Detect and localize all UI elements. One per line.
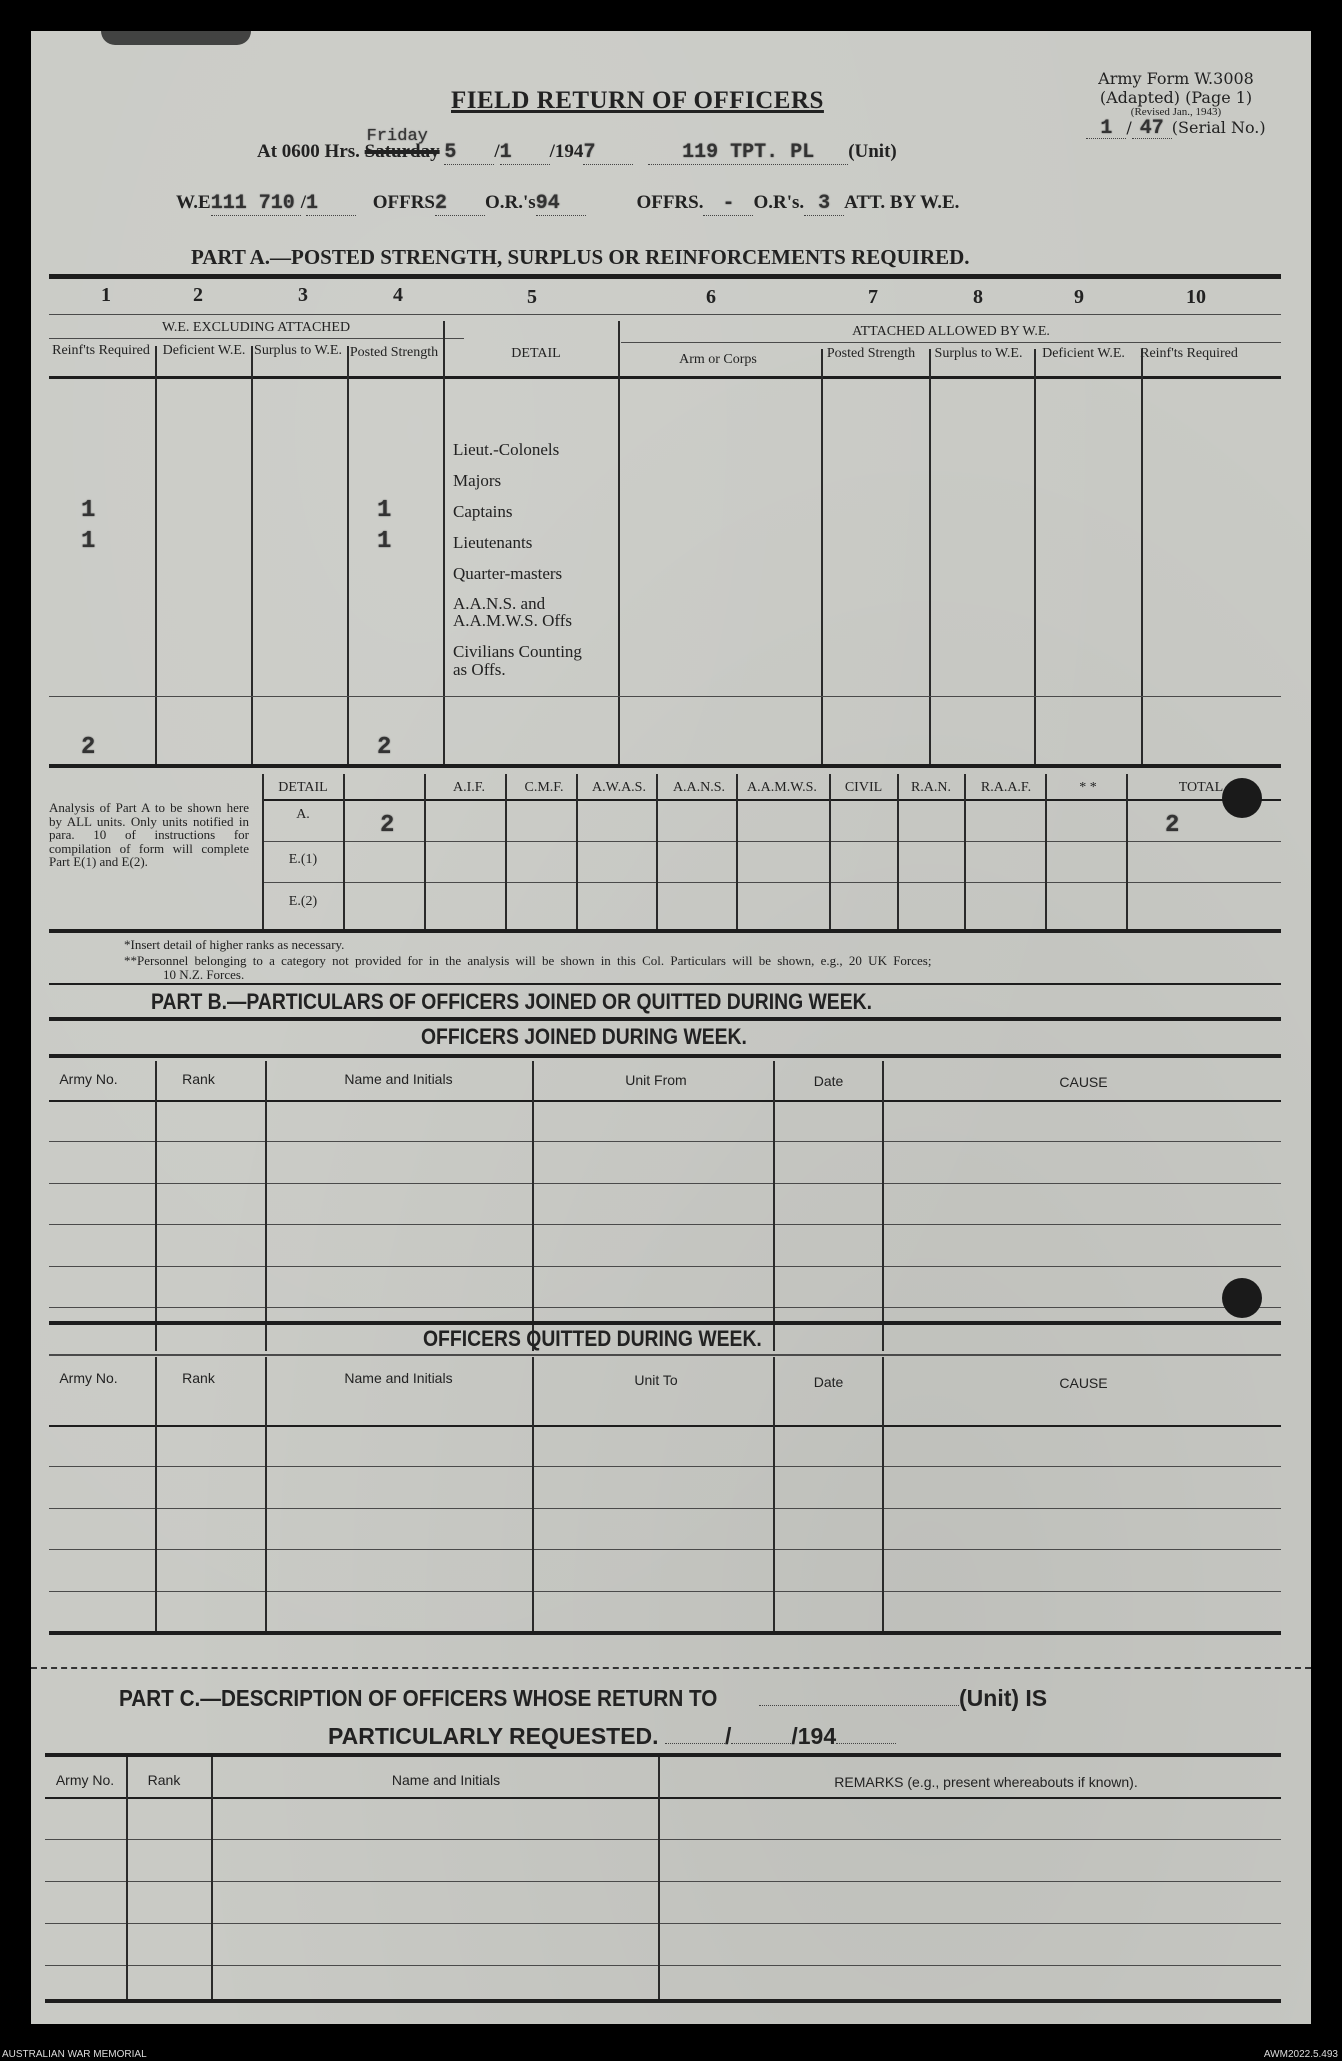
serial-value-2[interactable]: 47 [1132, 119, 1172, 139]
header-deficient: Deficient W.E. [159, 344, 249, 358]
group-attached-allowed: ATTACHED ALLOWED BY W.E. [621, 325, 1281, 339]
ors-field[interactable]: 94 [536, 192, 586, 216]
quitted-header: Name and Initials [266, 1371, 531, 1385]
form-page: FIELD RETURN OF OFFICERS Army Form W.300… [31, 31, 1311, 2024]
we-field[interactable]: 111 710 [211, 192, 301, 216]
col-number: 8 [973, 286, 983, 309]
we-sub-field[interactable]: 1 [306, 192, 356, 216]
we-label: W.E [176, 192, 211, 213]
analysis-row-a-value[interactable]: 2 [380, 812, 394, 839]
serial-value-1[interactable]: 1 [1086, 119, 1126, 139]
rule [621, 342, 1281, 343]
rule [347, 346, 349, 766]
rank-item: Captains [453, 502, 513, 522]
header-att-reinf: Reinf'ts Required [1139, 347, 1239, 361]
col-number: 6 [706, 286, 716, 309]
rank-item: A.A.N.S. and A.A.M.W.S. Offs [453, 595, 613, 629]
rule [736, 774, 738, 929]
header-surplus: Surplus to W.E. [253, 344, 343, 358]
we-line: W.E111 710/1 OFFRS2O.R.'s94 OFFRS.-O.R's… [176, 192, 959, 216]
analysis-header: R.A.N. [898, 781, 964, 795]
day-typed[interactable]: Friday [367, 127, 428, 146]
analysis-header: CIVIL [831, 781, 896, 795]
col-number: 5 [527, 286, 537, 309]
rule [49, 1549, 1281, 1550]
part-c-title-line-2: PARTICULARLY REQUESTED. //194 [328, 1723, 896, 1750]
rule [532, 1061, 534, 1351]
joined-header: CAUSE [886, 1075, 1281, 1089]
year-field[interactable]: 7 [583, 141, 633, 165]
rule [1141, 349, 1143, 766]
col-number: 3 [298, 284, 308, 307]
rule [49, 274, 1281, 279]
rule [897, 774, 899, 929]
part-c-title-line-1: PART C.—DESCRIPTION OF OFFICERS WHOSE RE… [119, 1685, 1047, 1712]
part-c-year-prefix: /194 [791, 1723, 836, 1749]
footnote-1: *Insert detail of higher ranks as necess… [124, 937, 344, 953]
rule [155, 1061, 157, 1351]
rule [49, 1017, 1281, 1021]
rule [262, 774, 264, 929]
att-offrs-field[interactable]: - [703, 192, 753, 216]
rule [424, 774, 426, 929]
rule [251, 346, 253, 766]
tear-line [31, 1667, 1311, 1669]
part-c-unit-is: (Unit) IS [959, 1685, 1047, 1711]
offrs-label: OFFRS [373, 192, 435, 213]
rule [49, 929, 1281, 933]
rule [45, 1999, 1281, 2003]
analysis-row-a-total[interactable]: 2 [1165, 812, 1179, 839]
quitted-header: CAUSE [886, 1376, 1281, 1390]
rule [265, 1357, 267, 1631]
form-revised: (Revised Jan., 1943) [1041, 107, 1311, 118]
header-att-surplus: Surplus to W.E. [931, 347, 1026, 361]
rule [45, 1753, 1281, 1757]
rule [829, 774, 831, 929]
rule [49, 983, 1281, 985]
rule [49, 1266, 1281, 1267]
rule [1034, 349, 1036, 766]
rule [929, 349, 931, 766]
group-we-excluding: W.E. EXCLUDING ATTACHED [51, 321, 461, 335]
att-ors-field[interactable]: 3 [804, 192, 844, 216]
analysis-row-label: A. [268, 808, 338, 822]
analysis-header: A.A.N.S. [659, 781, 739, 795]
analysis-header: A.I.F. [429, 781, 509, 795]
analysis-header: A.W.A.S. [579, 781, 659, 795]
rule [343, 774, 345, 929]
rule [45, 1797, 1281, 1799]
rule [45, 1923, 1281, 1924]
offrs-field[interactable]: 2 [435, 192, 485, 216]
analysis-header: A.A.M.W.S. [737, 781, 827, 795]
rule [262, 882, 1281, 883]
col-number: 1 [101, 284, 111, 307]
rule [49, 1466, 1281, 1467]
joined-title: OFFICERS JOINED DURING WEEK. [421, 1024, 747, 1050]
at-hours-label: At 0600 Hrs. [257, 141, 360, 162]
rule [49, 764, 1281, 768]
part-c-month-field[interactable] [731, 1743, 791, 1744]
rule [211, 1757, 213, 1999]
date-line: At 0600 Hrs. Saturday Friday 5/1/1947 11… [257, 141, 897, 165]
form-number-block: Army Form W.3008 (Adapted) (Page 1) (Rev… [1041, 69, 1311, 139]
rule [155, 1357, 157, 1631]
analysis-note: Analysis of Part A to be shown here by A… [49, 801, 249, 869]
rule [49, 1054, 1281, 1058]
rule [49, 1321, 1281, 1325]
punch-hole [1222, 778, 1262, 818]
rule [49, 1591, 1281, 1592]
rule [262, 841, 1281, 842]
rule [882, 1357, 884, 1631]
part-c-header: Army No. [45, 1773, 125, 1787]
part-c-title-2: PARTICULARLY REQUESTED. [328, 1723, 659, 1749]
archive-reference: AWM2022.5.493 [1264, 2049, 1338, 2060]
analysis-header: C.M.F. [509, 781, 579, 795]
col-number: 4 [393, 284, 403, 307]
joined-header: Army No. [51, 1072, 126, 1086]
part-c-header: REMARKS (e.g., present whereabouts if kn… [691, 1775, 1281, 1789]
rank-item: Majors [453, 471, 501, 491]
total-posted-value[interactable]: 2 [377, 734, 391, 761]
joined-header: Unit From [536, 1073, 776, 1087]
quitted-title: OFFICERS QUITTED DURING WEEK. [423, 1326, 762, 1352]
att-ors-label: O.R's. [753, 192, 804, 213]
rule [45, 1965, 1281, 1966]
col-number: 9 [1074, 286, 1084, 309]
footnote-2b: 10 N.Z. Forces. [163, 967, 244, 983]
analysis-header: * * [1048, 781, 1128, 795]
footnote-2: **Personnel belonging to a category not … [124, 953, 1274, 969]
analysis-row-label: E.(2) [268, 895, 338, 909]
analysis-header: DETAIL [268, 781, 338, 795]
rank-item: Civilians Counting as Offs. [453, 643, 593, 679]
rank-item: Lieut.-Colonels [453, 440, 559, 460]
page-title: FIELD RETURN OF OFFICERS [451, 87, 824, 115]
rule [505, 774, 507, 929]
header-posted-strength: Posted Strength [349, 346, 439, 360]
year-prefix: /194 [550, 141, 584, 162]
rule [49, 1224, 1281, 1225]
rule [49, 314, 1281, 315]
rule [49, 1425, 1281, 1427]
quitted-header: Rank [156, 1371, 241, 1385]
rule [658, 1757, 660, 1999]
ors-label: O.R.'s [485, 192, 536, 213]
rule [45, 1839, 1281, 1840]
rule [618, 321, 620, 766]
col-number: 10 [1186, 286, 1206, 309]
rule [443, 321, 445, 766]
quitted-header: Date [776, 1375, 881, 1389]
joined-header: Date [776, 1074, 881, 1088]
captains-posted-value[interactable]: 1 [377, 497, 391, 524]
rule [1126, 774, 1128, 929]
part-c-header: Name and Initials [211, 1773, 681, 1787]
rule [49, 1354, 1281, 1356]
rule [49, 376, 1281, 379]
header-reinf-required: Reinf'ts Required [51, 344, 151, 358]
rule [576, 774, 578, 929]
rule [773, 1061, 775, 1351]
punch-hole [1222, 1278, 1262, 1318]
rule [964, 774, 966, 929]
date-day-field[interactable]: 5 [444, 141, 494, 165]
rule [155, 346, 157, 766]
header-arm-or-corps: Arm or Corps [623, 353, 813, 367]
lieutenants-reinf-value[interactable]: 1 [81, 528, 95, 555]
part-c-day-field[interactable] [665, 1743, 725, 1744]
rule [49, 1183, 1281, 1184]
rule [532, 1357, 534, 1631]
form-adapted: (Adapted) (Page 1) [1041, 88, 1311, 107]
date-month-field[interactable]: 1 [500, 141, 550, 165]
form-number: Army Form W.3008 [1041, 69, 1311, 88]
rule [821, 349, 823, 766]
rule [49, 1631, 1281, 1635]
rule [773, 1357, 775, 1631]
part-b-title: PART B.—PARTICULARS OF OFFICERS JOINED O… [151, 989, 872, 1015]
att-offrs-label: OFFRS. [636, 192, 703, 213]
unit-label: (Unit) [848, 141, 897, 162]
rank-item: Quarter-masters [453, 564, 562, 584]
header-att-posted: Posted Strength [821, 347, 921, 361]
rule [126, 1757, 128, 1999]
archive-credit: AUSTRALIAN WAR MEMORIAL [2, 2049, 147, 2060]
analysis-header: R.A.A.F. [966, 781, 1046, 795]
header-detail: DETAIL [451, 347, 621, 361]
part-c-unit-field[interactable] [759, 1705, 959, 1706]
rule [882, 1061, 884, 1351]
rule [1045, 774, 1047, 929]
header-att-deficient: Deficient W.E. [1036, 347, 1131, 361]
joined-header: Name and Initials [266, 1072, 531, 1086]
quitted-header: Unit To [536, 1373, 776, 1387]
part-c-header: Rank [129, 1773, 199, 1787]
analysis-row-label: E.(1) [268, 853, 338, 867]
rank-item: Lieutenants [453, 533, 532, 553]
rule [49, 1307, 1281, 1308]
rule [49, 1141, 1281, 1142]
rule [45, 1881, 1281, 1882]
captains-reinf-value[interactable]: 1 [81, 497, 95, 524]
quitted-header: Army No. [51, 1371, 126, 1385]
rule [265, 1061, 267, 1351]
rule [49, 1508, 1281, 1509]
part-c-year-field[interactable] [836, 1743, 896, 1744]
lieutenants-posted-value[interactable]: 1 [377, 528, 391, 555]
serial-line: 1/47(Serial No.) [1041, 118, 1311, 139]
rule [49, 338, 464, 339]
col-number: 7 [868, 286, 878, 309]
col-number: 2 [193, 284, 203, 307]
ink-stain [101, 31, 251, 45]
total-reinf-value[interactable]: 2 [81, 734, 95, 761]
part-c-title: PART C.—DESCRIPTION OF OFFICERS WHOSE RE… [119, 1685, 695, 1712]
rule [656, 774, 658, 929]
att-label: ATT. BY W.E. [844, 192, 959, 213]
rule [49, 1100, 1281, 1102]
part-a-title: PART A.—POSTED STRENGTH, SURPLUS OR REIN… [191, 245, 970, 270]
joined-header: Rank [156, 1072, 241, 1086]
rule [49, 696, 1281, 697]
unit-field[interactable]: 119 TPT. PL [648, 141, 848, 165]
serial-label: (Serial No.) [1172, 118, 1266, 137]
rule [262, 799, 1281, 801]
